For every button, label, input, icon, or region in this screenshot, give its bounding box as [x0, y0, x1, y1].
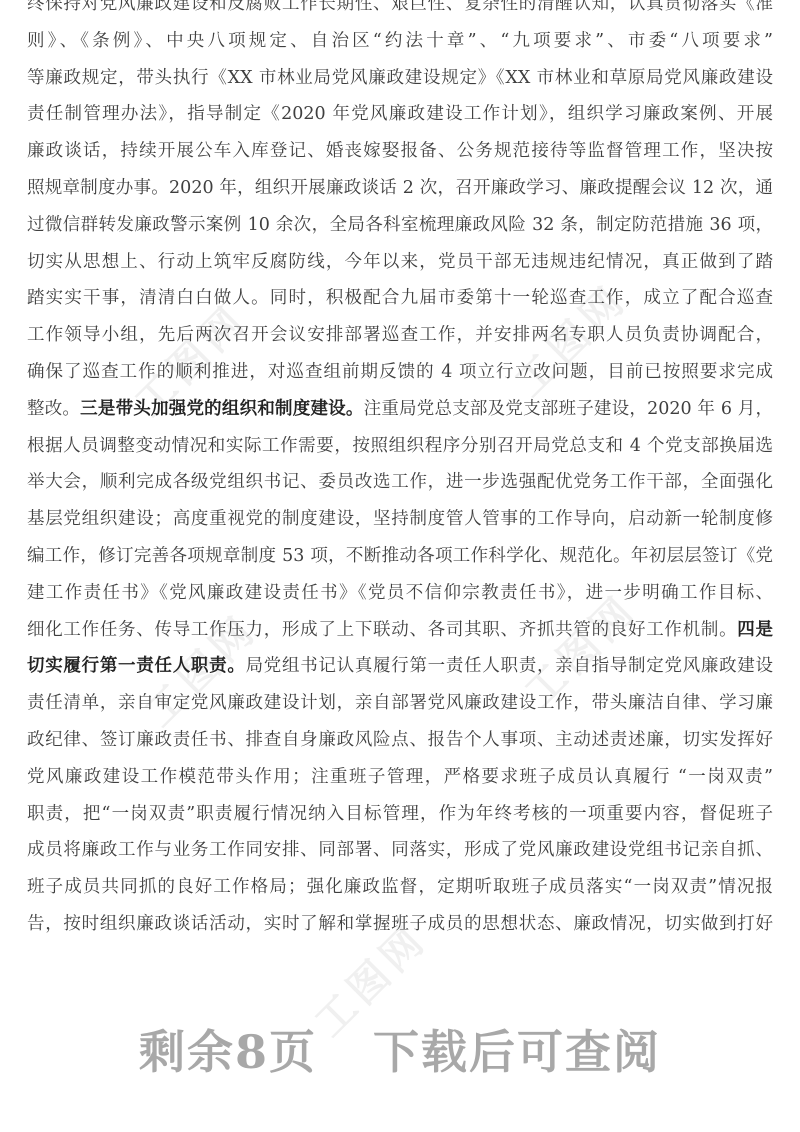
text-line: 告，按时组织廉政谈话活动，实时了解和掌握班子成员的思想状态、廉政情况，切实做到打… — [27, 906, 773, 943]
text-line: 根据人员调整变动情况和实际工作需要，按照组织程序分别召开局党总支和 4 个党支部… — [27, 428, 773, 465]
text-line: 党风廉政建设工作模范带头作用；注重班子管理，严格要求班子成员认真履行 “一岗双责… — [27, 759, 773, 796]
text-segment: 班子成员共同抓的良好工作格局；强化廉政监督，定期听取班子成员落实“一岗双责”情况… — [27, 877, 773, 897]
text-line: 等廉政规定，带头执行《XX 市林业局党风廉政建设规定》《XX 市林业和草原局党风… — [27, 60, 773, 97]
text-segment: 踏实实干事，清清白白做人。同时，积极配合九届市委第十一轮巡查工作，成立了配合巡查 — [27, 288, 773, 308]
bold-text-segment: 三是带头加强党的组织和制度建设。 — [80, 399, 363, 419]
text-segment: 基层党组织建设；高度重视党的制度建设，坚持制度管人管事的工作导向，启动新一轮制度… — [27, 509, 773, 529]
text-segment: 政纪律、签订廉政责任书、排查自身廉政风险点、报告个人事项、主动述责述廉，切实发挥… — [27, 730, 773, 750]
text-line: 照规章制度办事。2020 年，组织开展廉政谈话 2 次，召开廉政学习、廉政提醒会… — [27, 170, 773, 207]
remaining-pages-label: 剩余8页 — [139, 1024, 317, 1080]
text-segment: 廉政谈话，持续开展公车入库登记、婚丧嫁娶报备、公务规范接待等监督管理工作，坚决按 — [27, 141, 773, 161]
text-line: 工作领导小组，先后两次召开会议安排部署巡查工作，并安排两名专职人员负责协调配合， — [27, 317, 773, 354]
text-segment: 根据人员调整变动情况和实际工作需要，按照组织程序分别召开局党总支和 4 个党支部… — [27, 436, 773, 456]
bold-text-segment: 四是 — [737, 620, 773, 640]
bold-text-segment: 切实履行第一责任人职责。 — [27, 656, 246, 676]
text-line: 班子成员共同抓的良好工作格局；强化廉政监督，定期听取班子成员落实“一岗双责”情况… — [27, 869, 773, 906]
text-line: 基层党组织建设；高度重视党的制度建设，坚持制度管人管事的工作导向，启动新一轮制度… — [27, 501, 773, 538]
download-hint-label: 下载后可查阅 — [373, 1024, 661, 1080]
text-segment: 成员将廉政工作与业务工作同安排、同部署、同落实，形成了党风廉政建设党组书记亲自抓… — [27, 840, 773, 860]
text-line: 过微信群转发廉政警示案例 10 余次，全局各科室梳理廉政风险 32 条，制定防范… — [27, 207, 773, 244]
text-line: 切实履行第一责任人职责。局党组书记认真履行第一责任人职责，亲自指导制定党风廉政建… — [27, 648, 773, 685]
text-segment: 确保了巡查工作的顺利推进，对巡查组前期反馈的 4 项立行立改问题，目前已按照要求… — [27, 362, 773, 382]
text-line: 确保了巡查工作的顺利推进，对巡查组前期反馈的 4 项立行立改问题，目前已按照要求… — [27, 354, 773, 391]
text-line: 举大会，顺利完成各级党组织书记、委员改选工作，进一步选强配优党务工作干部，全面强… — [27, 464, 773, 501]
text-segment: 工作领导小组，先后两次召开会议安排部署巡查工作，并安排两名专职人员负责协调配合， — [27, 325, 773, 345]
text-segment: 党风廉政建设工作模范带头作用；注重班子管理，严格要求班子成员认真履行 “一岗双责… — [27, 767, 773, 787]
text-segment: 责任制管理办法》，指导制定《2020 年党风廉政建设工作计划》，组织学习廉政案例… — [27, 104, 773, 124]
text-segment: 整改。 — [27, 399, 80, 419]
document-page: 工图网工图网工图网工图网工图网 终保持对党风廉政建设和反腐败工作长期性、艰巨性、… — [0, 0, 800, 1132]
text-line: 责任制管理办法》，指导制定《2020 年党风廉政建设工作计划》，组织学习廉政案例… — [27, 96, 773, 133]
text-line: 廉政谈话，持续开展公车入库登记、婚丧嫁娶报备、公务规范接待等监督管理工作，坚决按 — [27, 133, 773, 170]
text-line: 整改。三是带头加强党的组织和制度建设。注重局党总支部及党支部班子建设，2020 … — [27, 391, 773, 428]
text-line: 建工作责任书》《党风廉政建设责任书》《党员不信仰宗教责任书》，进一步明确工作目标… — [27, 575, 773, 612]
text-line: 细化工作任务、传导工作压力，形成了上下联动、各司其职、齐抓共管的良好工作机制。四… — [27, 612, 773, 649]
text-segment: 过微信群转发廉政警示案例 10 余次，全局各科室梳理廉政风险 32 条，制定防范… — [27, 215, 773, 235]
document-body: 终保持对党风廉政建设和反腐败工作长期性、艰巨性、复杂性的清醒认知，认真贯彻落实《… — [27, 0, 773, 943]
text-segment: 编工作，修订完善各项规章制度 53 项，不断推动各项工作科学化、规范化。年初层层… — [27, 546, 773, 566]
text-segment: 照规章制度办事。2020 年，组织开展廉政谈话 2 次，召开廉政学习、廉政提醒会… — [27, 178, 773, 198]
text-line: 终保持对党风廉政建设和反腐败工作长期性、艰巨性、复杂性的清醒认知，认真贯彻落实《… — [27, 0, 773, 23]
text-line: 政纪律、签订廉政责任书、排查自身廉政风险点、报告个人事项、主动述责述廉，切实发挥… — [27, 722, 773, 759]
text-segment: 细化工作任务、传导工作压力，形成了上下联动、各司其职、齐抓共管的良好工作机制。 — [27, 620, 737, 640]
text-segment: 建工作责任书》《党风廉政建设责任书》《党员不信仰宗教责任书》，进一步明确工作目标… — [27, 583, 773, 603]
text-segment: 则》、《条例》、中央八项规定、自治区“约法十章”、“九项要求”、市委“八项要求” — [27, 31, 773, 51]
text-segment: 告，按时组织廉政谈话活动，实时了解和掌握班子成员的思想状态、廉政情况，切实做到打… — [27, 914, 773, 934]
text-segment: 切实从思想上、行动上筑牢反腐防线，今年以来，党员干部无违规违纪情况，真正做到了踏 — [27, 252, 773, 272]
text-line: 则》、《条例》、中央八项规定、自治区“约法十章”、“九项要求”、市委“八项要求” — [27, 23, 773, 60]
text-line: 编工作，修订完善各项规章制度 53 项，不断推动各项工作科学化、规范化。年初层层… — [27, 538, 773, 575]
text-segment: 局党组书记认真履行第一责任人职责，亲自指导制定党风廉政建设 — [246, 656, 773, 676]
text-line: 责任清单，亲自审定党风廉政建设计划，亲自部署党风廉政建设工作，带头廉洁自律、学习… — [27, 685, 773, 722]
text-line: 成员将廉政工作与业务工作同安排、同部署、同落实，形成了党风廉政建设党组书记亲自抓… — [27, 832, 773, 869]
text-segment: 举大会，顺利完成各级党组织书记、委员改选工作，进一步选强配优党务工作干部，全面强… — [27, 472, 773, 492]
text-segment: 终保持对党风廉政建设和反腐败工作长期性、艰巨性、复杂性的清醒认知，认真贯彻落实《… — [27, 0, 773, 14]
text-segment: 注重局党总支部及党支部班子建设，2020 年 6 月， — [364, 399, 773, 419]
text-segment: 责任清单，亲自审定党风廉政建设计划，亲自部署党风廉政建设工作，带头廉洁自律、学习… — [27, 693, 773, 713]
download-banner: 剩余8页 下载后可查阅 — [0, 1024, 800, 1080]
text-segment: 职责，把“一岗双责”职责履行情况纳入目标管理，作为年终考核的一项重要内容，督促班… — [27, 804, 773, 824]
text-line: 职责，把“一岗双责”职责履行情况纳入目标管理，作为年终考核的一项重要内容，督促班… — [27, 796, 773, 833]
text-line: 切实从思想上、行动上筑牢反腐防线，今年以来，党员干部无违规违纪情况，真正做到了踏 — [27, 244, 773, 281]
text-segment: 等廉政规定，带头执行《XX 市林业局党风廉政建设规定》《XX 市林业和草原局党风… — [27, 68, 773, 88]
text-line: 踏实实干事，清清白白做人。同时，积极配合九届市委第十一轮巡查工作，成立了配合巡查 — [27, 280, 773, 317]
